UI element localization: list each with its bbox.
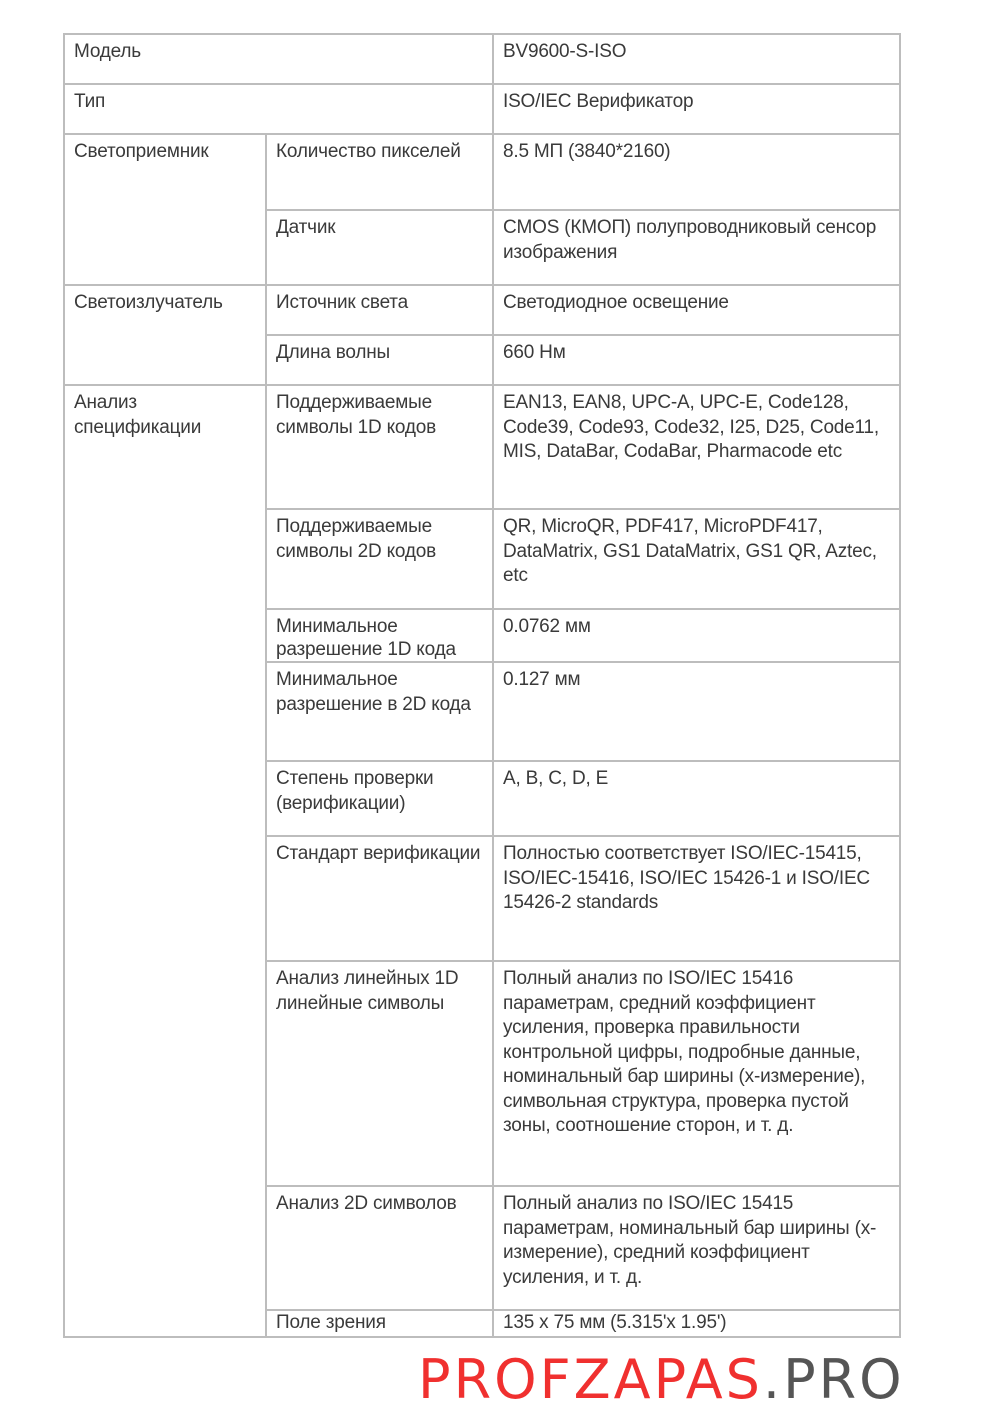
site-logo: PROFZAPAS.PRO <box>418 1350 905 1410</box>
row-value: ISO/IEC Верификатор <box>493 84 900 134</box>
param-value: Полный анализ по ISO/IEC 15415 параметра… <box>493 1186 900 1310</box>
param-value: 0.127 мм <box>493 662 900 761</box>
param-label: Анализ 2D символов <box>266 1186 493 1310</box>
param-label: Минимальное разрешение в 2D кода <box>266 662 493 761</box>
table-row-type: Тип ISO/IEC Верификатор <box>64 84 900 134</box>
param-value: Светодиодное освещение <box>493 285 900 335</box>
param-label: Поддерживаемые символы 1D кодов <box>266 385 493 509</box>
param-value: 135 x 75 мм (5.315'x 1.95') <box>493 1310 900 1337</box>
param-value: CMOS (КМОП) полупроводниковый сенсор изо… <box>493 210 900 285</box>
param-value: QR, MicroQR, PDF417, MicroPDF417, DataMa… <box>493 509 900 609</box>
param-label: Минимальное разрешение 1D кода <box>266 609 493 662</box>
group-label-spec-analysis: Анализ спецификации <box>64 385 266 1337</box>
row-label: Тип <box>64 84 493 134</box>
logo-brand: PROFZAPAS <box>418 1348 763 1411</box>
param-value: 8.5 МП (3840*2160) <box>493 134 900 210</box>
logo-tld: .PRO <box>763 1348 905 1411</box>
param-value: Полностью соответствует ISO/IEC-15415, I… <box>493 836 900 961</box>
param-label: Датчик <box>266 210 493 285</box>
row-label: Модель <box>64 34 493 84</box>
param-value: 0.0762 мм <box>493 609 900 662</box>
table-row: Светоизлучатель Источник света Светодиод… <box>64 285 900 335</box>
table-row: Светоприемник Количество пикселей 8.5 МП… <box>64 134 900 210</box>
table-row-model: Модель BV9600-S-ISO <box>64 34 900 84</box>
param-label: Степень проверки (верификации) <box>266 761 493 836</box>
param-label: Источник света <box>266 285 493 335</box>
param-label: Анализ линейных 1D линейные символы <box>266 961 493 1186</box>
param-value: 660 Нм <box>493 335 900 385</box>
row-value: BV9600-S-ISO <box>493 34 900 84</box>
param-value: EAN13, EAN8, UPC-A, UPC-E, Code128, Code… <box>493 385 900 509</box>
table-row: Анализ спецификации Поддерживаемые симво… <box>64 385 900 509</box>
group-label-light-emitter: Светоизлучатель <box>64 285 266 385</box>
spec-table: Модель BV9600-S-ISO Тип ISO/IEC Верифика… <box>63 33 901 1338</box>
param-label: Количество пикселей <box>266 134 493 210</box>
param-label: Поддерживаемые символы 2D кодов <box>266 509 493 609</box>
param-label: Стандарт верификации <box>266 836 493 961</box>
param-label: Длина волны <box>266 335 493 385</box>
param-label: Поле зрения <box>266 1310 493 1337</box>
param-value: Полный анализ по ISO/IEC 15416 параметра… <box>493 961 900 1186</box>
group-label-light-receiver: Светоприемник <box>64 134 266 285</box>
param-value: A, B, C, D, E <box>493 761 900 836</box>
